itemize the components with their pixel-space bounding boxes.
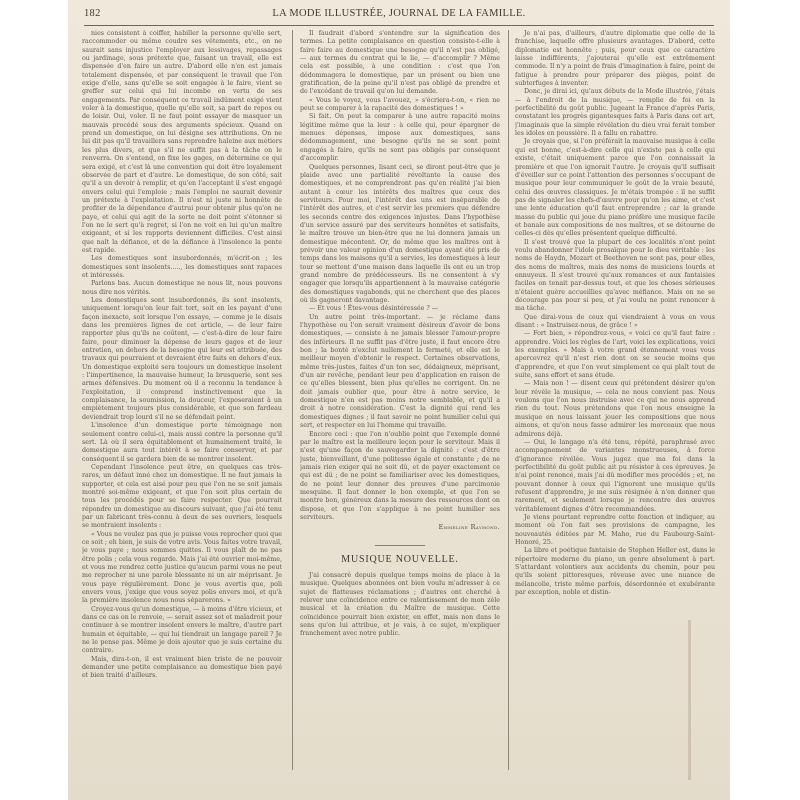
paragraph: Cependant l'insolence peut être, en quel… xyxy=(82,464,282,531)
paragraph: La libre et poétique fantaisie de Stephe… xyxy=(515,547,715,597)
paragraph: — Mais non ! — disent ceux qui prétenden… xyxy=(515,380,715,438)
column-divider xyxy=(508,30,509,770)
paragraph: J'ai consacré depuis quelque temps moins… xyxy=(300,572,500,639)
paragraph: Croyez-vous qu'un domestique, — à moins … xyxy=(82,606,282,656)
paragraph: Il faudrait d'abord s'entendre sur la si… xyxy=(300,30,500,97)
section-divider xyxy=(375,545,425,546)
column-1: nies consistent à coiffer, habiller la p… xyxy=(82,30,282,770)
paragraph: Les domestiques sont insubordonnés, ils … xyxy=(82,297,282,422)
newspaper-page: 182 LA MODE ILLUSTRÉE, JOURNAL DE LA FAM… xyxy=(68,0,730,800)
paragraph: Je croyais que, si l'on préférait la mau… xyxy=(515,138,715,238)
header-rule xyxy=(84,25,714,26)
paragraph: — Fort bien, » répondrez-vous, « voici c… xyxy=(515,330,715,380)
paragraph: Un autre point très-important. — je récl… xyxy=(300,314,500,431)
paragraph: Les domestiques sont insubordonnés, m'éc… xyxy=(82,255,282,280)
paper-stain xyxy=(688,620,691,780)
paragraph: Je viens pourtant reprendre cette foncti… xyxy=(515,514,715,547)
journal-title: LA MODE ILLUSTRÉE, JOURNAL DE LA FAMILLE… xyxy=(84,8,714,19)
paragraph: Parlons bas. Aucun domestique ne nous li… xyxy=(82,280,282,297)
paragraph: — Oui, le langage n'a été tenu, répété, … xyxy=(515,439,715,514)
paragraph: Il s'est trouvé que la plupart de ces lo… xyxy=(515,239,715,314)
paragraph: Quelques personnes, lisant ceci, se diro… xyxy=(300,164,500,306)
paragraph: Je n'ai pas, d'ailleurs, d'autre diploma… xyxy=(515,30,715,88)
column-3: Je n'ai pas, d'ailleurs, d'autre diploma… xyxy=(515,30,715,770)
column-2: Il faudrait d'abord s'entendre sur la si… xyxy=(300,30,500,770)
paragraph: Si fait. On peut la comparer à une autre… xyxy=(300,113,500,163)
page-header: 182 LA MODE ILLUSTRÉE, JOURNAL DE LA FAM… xyxy=(84,6,714,24)
paragraph: Donc, je dirai ici, qu'aux débuts de la … xyxy=(515,88,715,138)
paragraph: Que dirai-vous de ceux qui viendraient à… xyxy=(515,314,715,331)
section-title: MUSIQUE NOUVELLE. xyxy=(300,556,500,564)
paragraph: « Vous ne voulez pas que je puisse vous … xyxy=(82,531,282,606)
paragraph: nies consistent à coiffer, habiller la p… xyxy=(82,30,282,255)
author-signature: Emmeline Raymond. xyxy=(300,524,500,532)
paragraph: « Vous le voyez, vous l'avouez, » s'écri… xyxy=(300,97,500,114)
column-divider xyxy=(292,30,293,770)
paragraph: — Et vous ! Êtes-vous désintéressée ? — xyxy=(300,305,500,313)
paragraph: L'insolence d'un domestique porte témoig… xyxy=(82,422,282,464)
paragraph: Mais, dira-t-on, il est vraiment bien tr… xyxy=(82,656,282,681)
paragraph: Encore ceci : que l'on n'oublie point qu… xyxy=(300,431,500,523)
